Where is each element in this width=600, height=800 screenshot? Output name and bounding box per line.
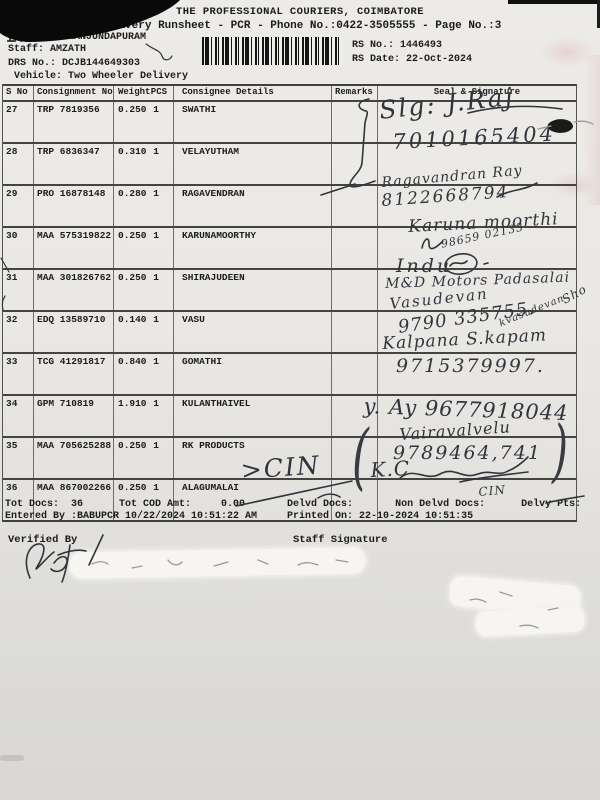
handwriting-r36-cin: CIN — [478, 484, 506, 498]
col-header-remarks: Remarks — [331, 86, 377, 100]
cell-weight-pcs: 0.8401 — [113, 354, 173, 394]
cell-consignment: MAA 575319822 — [33, 228, 113, 268]
cell-sno: 29 — [3, 186, 33, 226]
cell-weight-pcs: 0.2501 — [113, 228, 173, 268]
cell-sno: 33 — [3, 354, 33, 394]
cell-remarks — [331, 102, 377, 142]
cell-consignment: MAA 705625288 — [33, 438, 113, 478]
verified-signature-stroke — [26, 544, 54, 578]
cell-sno: 35 — [3, 438, 33, 478]
cell-consignment: TRP 6836347 — [33, 144, 113, 184]
cell-consignee: GOMATHI — [173, 354, 331, 394]
cell-weight-pcs: 0.1401 — [113, 312, 173, 352]
cell-consignment: PRO 16878148 — [33, 186, 113, 226]
cell-sno: 27 — [3, 102, 33, 142]
cell-sno: 34 — [3, 396, 33, 436]
col-header-sno: S No — [3, 86, 33, 100]
cell-weight-pcs: 0.2501 — [113, 438, 173, 478]
cell-sno: 28 — [3, 144, 33, 184]
cell-weight-pcs: 0.2801 — [113, 186, 173, 226]
cell-weight-pcs: 0.3101 — [113, 144, 173, 184]
cell-weight: 0.250 — [118, 104, 147, 142]
totals-line: Tot Docs: 36 Tot COD Amt: 0.00 Delvd Doc… — [5, 499, 581, 510]
cell-remarks — [331, 186, 377, 226]
cell-pcs: 1 — [153, 272, 159, 310]
vehicle-line: Vehicle: Two Wheeler Delivery — [14, 71, 188, 82]
cell-pcs: 1 — [153, 314, 159, 352]
bottom-edge-smudge — [0, 755, 24, 761]
col-header-pcs: PCS — [151, 87, 167, 100]
col-header-consignee: Consignee Details — [173, 86, 331, 100]
pink-smudge — [584, 55, 600, 205]
cell-pcs: 1 — [153, 398, 159, 436]
cell-consignment: TCG 41291817 — [33, 354, 113, 394]
cell-remarks — [331, 312, 377, 352]
company-title: THE PROFESSIONAL COURIERS, COIMBATORE — [0, 6, 600, 18]
whiteout-patch — [70, 547, 365, 578]
cell-consignee: RAGAVENDRAN — [173, 186, 331, 226]
col-header-consignment: Consignment No — [33, 86, 113, 100]
cell-weight: 0.840 — [118, 356, 147, 394]
cell-remarks — [331, 228, 377, 268]
cell-consignment: MAA 301826762 — [33, 270, 113, 310]
cell-pcs: 1 — [153, 440, 159, 478]
cell-pcs: 1 — [153, 146, 159, 184]
cell-consignee: KULANTHAIVEL — [173, 396, 331, 436]
rs-no-line: RS No.: 1446493 — [352, 40, 442, 51]
handwriting-r36-note: >CIN — [240, 452, 321, 483]
route-doodle-stroke — [146, 44, 172, 60]
cell-consignment: TRP 7819356 — [33, 102, 113, 142]
cell-sno: 31 — [3, 270, 33, 310]
cell-weight-pcs: 0.2501 — [113, 270, 173, 310]
cell-pcs: 1 — [153, 356, 159, 394]
col-header-weight: Weight — [118, 87, 150, 100]
handwriting-r36-signature: K.C — [370, 458, 411, 480]
cell-consignee: SHIRAJUDEEN — [173, 270, 331, 310]
route-line: PARSN NANJUNDAPURAM — [32, 32, 146, 43]
whiteout-patch — [475, 606, 584, 637]
cell-weight: 0.250 — [118, 440, 147, 478]
col-header-weight-pcs: WeightPCS — [113, 86, 173, 100]
cell-pcs: 1 — [153, 230, 159, 268]
cell-pcs: 1 — [153, 188, 159, 226]
verified-signature-stroke — [51, 557, 67, 572]
cell-consignee: KARUNAMOORTHY — [173, 228, 331, 268]
cell-sno: 32 — [3, 312, 33, 352]
handwriting-r33-phone: 9715379997. — [396, 357, 545, 376]
cell-consignment: EDQ 13589710 — [33, 312, 113, 352]
obscured-route-glyphs — [8, 35, 27, 41]
verified-by-label: Verified By — [8, 534, 77, 546]
staff-line: Staff: AMZATH — [8, 44, 86, 55]
drs-no-line: DRS No.: DCJB144649303 — [8, 58, 140, 69]
runsheet-title: Delivery Runsheet - PCR - Phone No.:0422… — [0, 20, 600, 32]
cell-remarks — [331, 144, 377, 184]
cell-weight: 0.140 — [118, 314, 147, 352]
cell-weight: 0.310 — [118, 146, 147, 184]
cell-consignee: SWATHI — [173, 102, 331, 142]
handwriting-r35-phone: 9789464,741 — [393, 444, 542, 463]
rs-date-line: RS Date: 22-Oct-2024 — [352, 54, 472, 65]
cell-consignment: GPM 710819 — [33, 396, 113, 436]
cell-consignee: VASU — [173, 312, 331, 352]
cell-weight: 0.250 — [118, 230, 147, 268]
cell-weight-pcs: 1.9101 — [113, 396, 173, 436]
pink-smudge — [538, 36, 596, 68]
handwriting-open-paren: ( — [352, 420, 369, 492]
cell-remarks — [331, 270, 377, 310]
cell-weight: 1.910 — [118, 398, 147, 436]
cell-pcs: 1 — [153, 104, 159, 142]
scanned-delivery-runsheet: THE PROFESSIONAL COURIERS, COIMBATORE De… — [0, 0, 600, 800]
scan-edge-strip — [508, 0, 600, 4]
cell-weight: 0.250 — [118, 272, 147, 310]
handwriting-close-paren: ) — [552, 418, 569, 486]
cell-remarks — [331, 354, 377, 394]
cell-sno: 30 — [3, 228, 33, 268]
barcode — [202, 37, 342, 65]
staff-signature-label: Staff Signature — [293, 534, 388, 546]
cell-weight: 0.280 — [118, 188, 147, 226]
cell-weight-pcs: 0.2501 — [113, 102, 173, 142]
cell-consignee: VELAYUTHAM — [173, 144, 331, 184]
verified-signature-stroke — [62, 545, 70, 582]
entered-by-line: Entered By :BABUPCR 10/22/2024 10:51:22 … — [5, 511, 473, 522]
